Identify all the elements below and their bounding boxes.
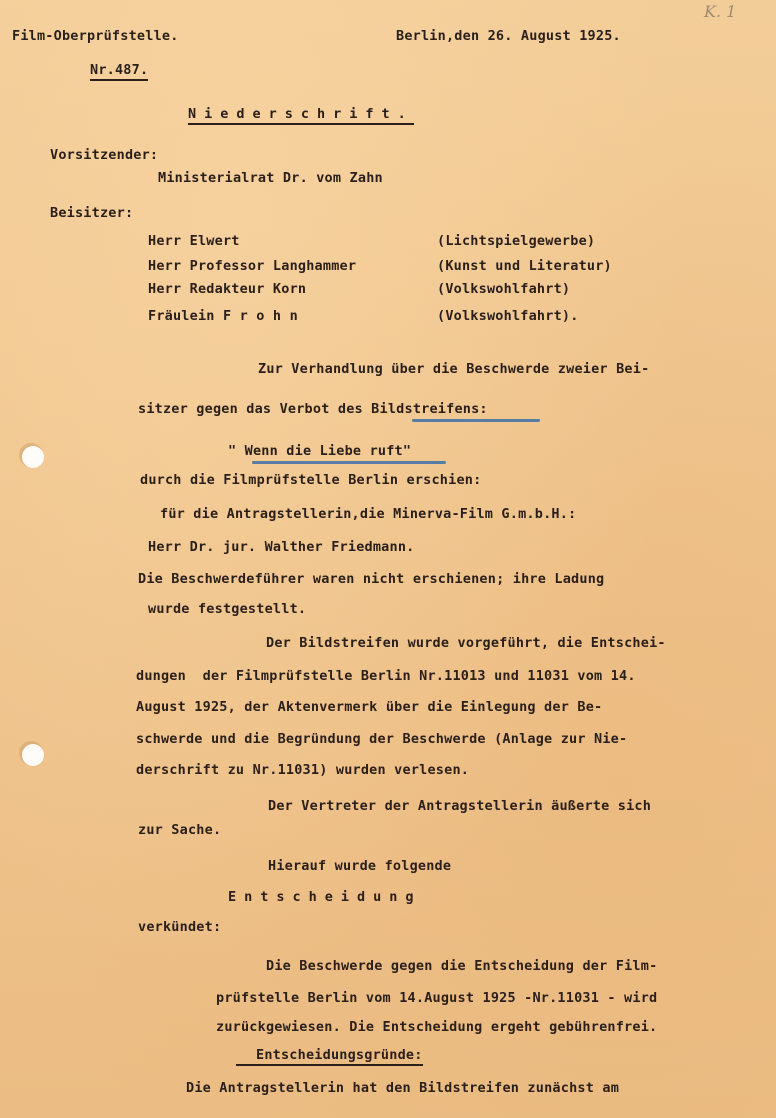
ruling-text: zurückgewiesen. Die Entscheidung ergeht … [216, 1019, 657, 1035]
reasons-heading: Entscheidungsgründe: [236, 1047, 423, 1066]
decision-heading: Entscheidung [228, 889, 422, 905]
assessor-field: (Lichtspielgewerbe) [437, 233, 595, 249]
body-text: verkündet: [138, 919, 221, 935]
body-text: zur Sache. [138, 822, 221, 838]
body-text: August 1925, der Aktenvermerk über die E… [136, 699, 602, 715]
assessor-name: Herr Professor Langhammer [148, 258, 356, 274]
blue-underline [252, 461, 446, 464]
assessor-name: Fräulein F r o h n [148, 308, 298, 324]
body-text: sitzer gegen das Verbot des Bildstreifen… [138, 401, 488, 417]
punch-hole [22, 744, 44, 766]
ruling-text: Die Beschwerde gegen die Entscheidung de… [266, 958, 657, 974]
body-text: wurde festgestellt. [148, 601, 306, 617]
chair-name: Ministerialrat Dr. vom Zahn [158, 170, 383, 186]
punch-hole [22, 446, 44, 468]
body-text: Hierauf wurde folgende [268, 858, 451, 874]
chair-label: Vorsitzender: [50, 147, 158, 163]
body-text: Der Bildstreifen wurde vorgeführt, die E… [266, 635, 666, 651]
body-text: Die Antragstellerin hat den Bildstreifen… [186, 1080, 619, 1096]
assessor-field: (Volkswohlfahrt). [437, 308, 579, 324]
document-number: Nr.487. [90, 62, 148, 81]
office-name: Film-Oberprüfstelle. [12, 28, 179, 44]
body-text: Der Vertreter der Antragstellerin äußert… [268, 798, 651, 814]
body-text: dungen der Filmprüfstelle Berlin Nr.1101… [136, 668, 636, 684]
assessor-field: (Volkswohlfahrt) [437, 281, 570, 297]
document-title: Niederschrift. [188, 106, 414, 125]
body-text: Zur Verhandlung über die Beschwerde zwei… [258, 361, 649, 377]
body-text: Die Beschwerdeführer waren nicht erschie… [138, 571, 604, 587]
body-text: schwerde und die Begründung der Beschwer… [136, 731, 627, 747]
body-text: derschrift zu Nr.11031) wurden verlesen. [136, 762, 469, 778]
assessor-field: (Kunst und Literatur) [437, 258, 612, 274]
place-date: Berlin,den 26. August 1925. [396, 28, 621, 44]
body-text: für die Antragstellerin,die Minerva-Film… [160, 506, 576, 522]
body-text: durch die Filmprüfstelle Berlin erschien… [140, 472, 481, 488]
blue-underline [412, 419, 540, 422]
ruling-text: prüfstelle Berlin vom 14.August 1925 -Nr… [216, 990, 657, 1006]
assessor-name: Herr Elwert [148, 233, 240, 249]
film-title: " Wenn die Liebe ruft" [228, 443, 411, 459]
assessors-label: Beisitzer: [50, 205, 133, 221]
assessor-name: Herr Redakteur Korn [148, 281, 306, 297]
pencil-annotation: K. 1 [704, 2, 736, 21]
body-text: Herr Dr. jur. Walther Friedmann. [148, 539, 415, 555]
